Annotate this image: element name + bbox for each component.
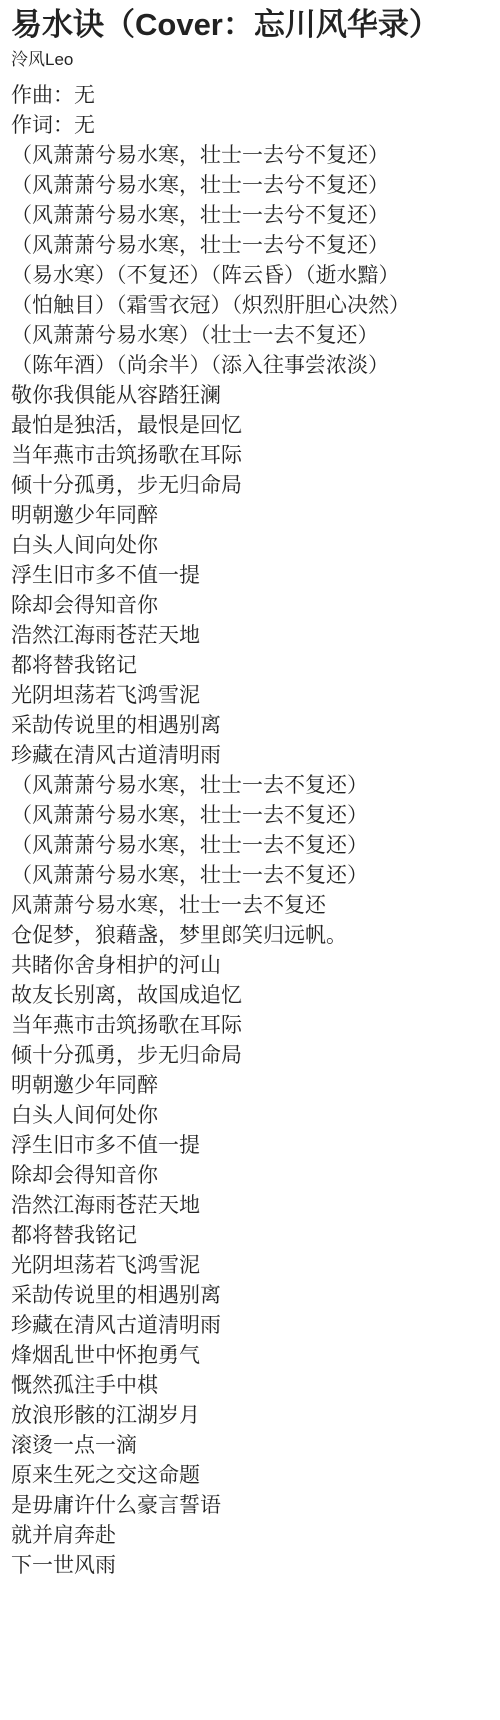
lyric-line: （风萧萧兮易水寒）（壮士一去不复还） (11, 321, 492, 351)
lyric-line: 明朝邀少年同醉 (11, 1071, 492, 1101)
lyrics: （风萧萧兮易水寒，壮士一去兮不复还）（风萧萧兮易水寒，壮士一去兮不复还）（风萧萧… (11, 141, 492, 1581)
lyric-line: 明朝邀少年同醉 (11, 501, 492, 531)
lyric-line: 倾十分孤勇，步无归命局 (11, 1041, 492, 1071)
lyric-line: （怕触目）（霜雪衣冠）（炽烈肝胆心决然） (11, 291, 492, 321)
credits-and-lyrics: 作曲：无作词：无 （风萧萧兮易水寒，壮士一去兮不复还）（风萧萧兮易水寒，壮士一去… (11, 81, 492, 1581)
lyric-line: 慨然孤注手中棋 (11, 1371, 492, 1401)
credit-line: 作曲：无 (11, 81, 492, 111)
lyric-line: （风萧萧兮易水寒，壮士一去兮不复还） (11, 201, 492, 231)
lyric-line: 敬你我俱能从容踏狂澜 (11, 381, 492, 411)
lyric-line: 原来生死之交这命题 (11, 1461, 492, 1491)
lyric-line: （风萧萧兮易水寒，壮士一去不复还） (11, 801, 492, 831)
lyrics-page: 易水诀（Cover：忘川风华录） 泠风Leo 作曲：无作词：无 （风萧萧兮易水寒… (0, 0, 500, 1581)
lyric-line: （风萧萧兮易水寒，壮士一去不复还） (11, 831, 492, 861)
lyric-line: 下一世风雨 (11, 1551, 492, 1581)
lyric-line: 故友长别离，故国成追忆 (11, 981, 492, 1011)
lyric-line: 浮生旧市多不值一提 (11, 1131, 492, 1161)
lyric-line: （风萧萧兮易水寒，壮士一去不复还） (11, 861, 492, 891)
lyric-line: 都将替我铭记 (11, 651, 492, 681)
lyric-line: 放浪形骸的江湖岁月 (11, 1401, 492, 1431)
lyric-line: 最怕是独活，最恨是回忆 (11, 411, 492, 441)
lyric-line: 风萧萧兮易水寒，壮士一去不复还 (11, 891, 492, 921)
lyric-line: 共睹你舍身相护的河山 (11, 951, 492, 981)
lyric-line: 浩然江海雨苍茫天地 (11, 1191, 492, 1221)
lyric-line: 光阴坦荡若飞鸿雪泥 (11, 1251, 492, 1281)
lyric-line: 浩然江海雨苍茫天地 (11, 621, 492, 651)
lyric-line: 浮生旧市多不值一提 (11, 561, 492, 591)
lyric-line: 都将替我铭记 (11, 1221, 492, 1251)
lyric-line: 光阴坦荡若飞鸿雪泥 (11, 681, 492, 711)
artist-name: 泠风Leo (11, 49, 492, 71)
lyric-line: 珍藏在清风古道清明雨 (11, 1311, 492, 1341)
lyric-line: 除却会得知音你 (11, 1161, 492, 1191)
lyric-line: 白头人间何处你 (11, 1101, 492, 1131)
lyric-line: （陈年酒）（尚余半）（添入往事尝浓淡） (11, 351, 492, 381)
lyric-line: （风萧萧兮易水寒，壮士一去兮不复还） (11, 141, 492, 171)
credits: 作曲：无作词：无 (11, 81, 492, 141)
lyric-line: 是毋庸许什么豪言誓语 (11, 1491, 492, 1521)
lyric-line: 当年燕市击筑扬歌在耳际 (11, 1011, 492, 1041)
lyric-line: （易水寒）（不复还）（阵云昏）（逝水黯） (11, 261, 492, 291)
credit-line: 作词：无 (11, 111, 492, 141)
lyric-line: 倾十分孤勇，步无归命局 (11, 471, 492, 501)
lyric-line: 当年燕市击筑扬歌在耳际 (11, 441, 492, 471)
lyric-line: 珍藏在清风古道清明雨 (11, 741, 492, 771)
lyric-line: （风萧萧兮易水寒，壮士一去兮不复还） (11, 171, 492, 201)
lyric-line: 除却会得知音你 (11, 591, 492, 621)
lyric-line: 烽烟乱世中怀抱勇气 (11, 1341, 492, 1371)
lyric-line: 采劼传说里的相遇别离 (11, 1281, 492, 1311)
lyric-line: 白头人间向处你 (11, 531, 492, 561)
lyric-line: 滚烫一点一滴 (11, 1431, 492, 1461)
lyric-line: 仓促梦，狼藉盏，梦里郎笑归远帆。 (11, 921, 492, 951)
song-title: 易水诀（Cover：忘川风华录） (11, 4, 492, 46)
lyric-line: 就并肩奔赴 (11, 1521, 492, 1551)
lyric-line: （风萧萧兮易水寒，壮士一去不复还） (11, 771, 492, 801)
lyric-line: （风萧萧兮易水寒，壮士一去兮不复还） (11, 231, 492, 261)
lyric-line: 采劼传说里的相遇别离 (11, 711, 492, 741)
